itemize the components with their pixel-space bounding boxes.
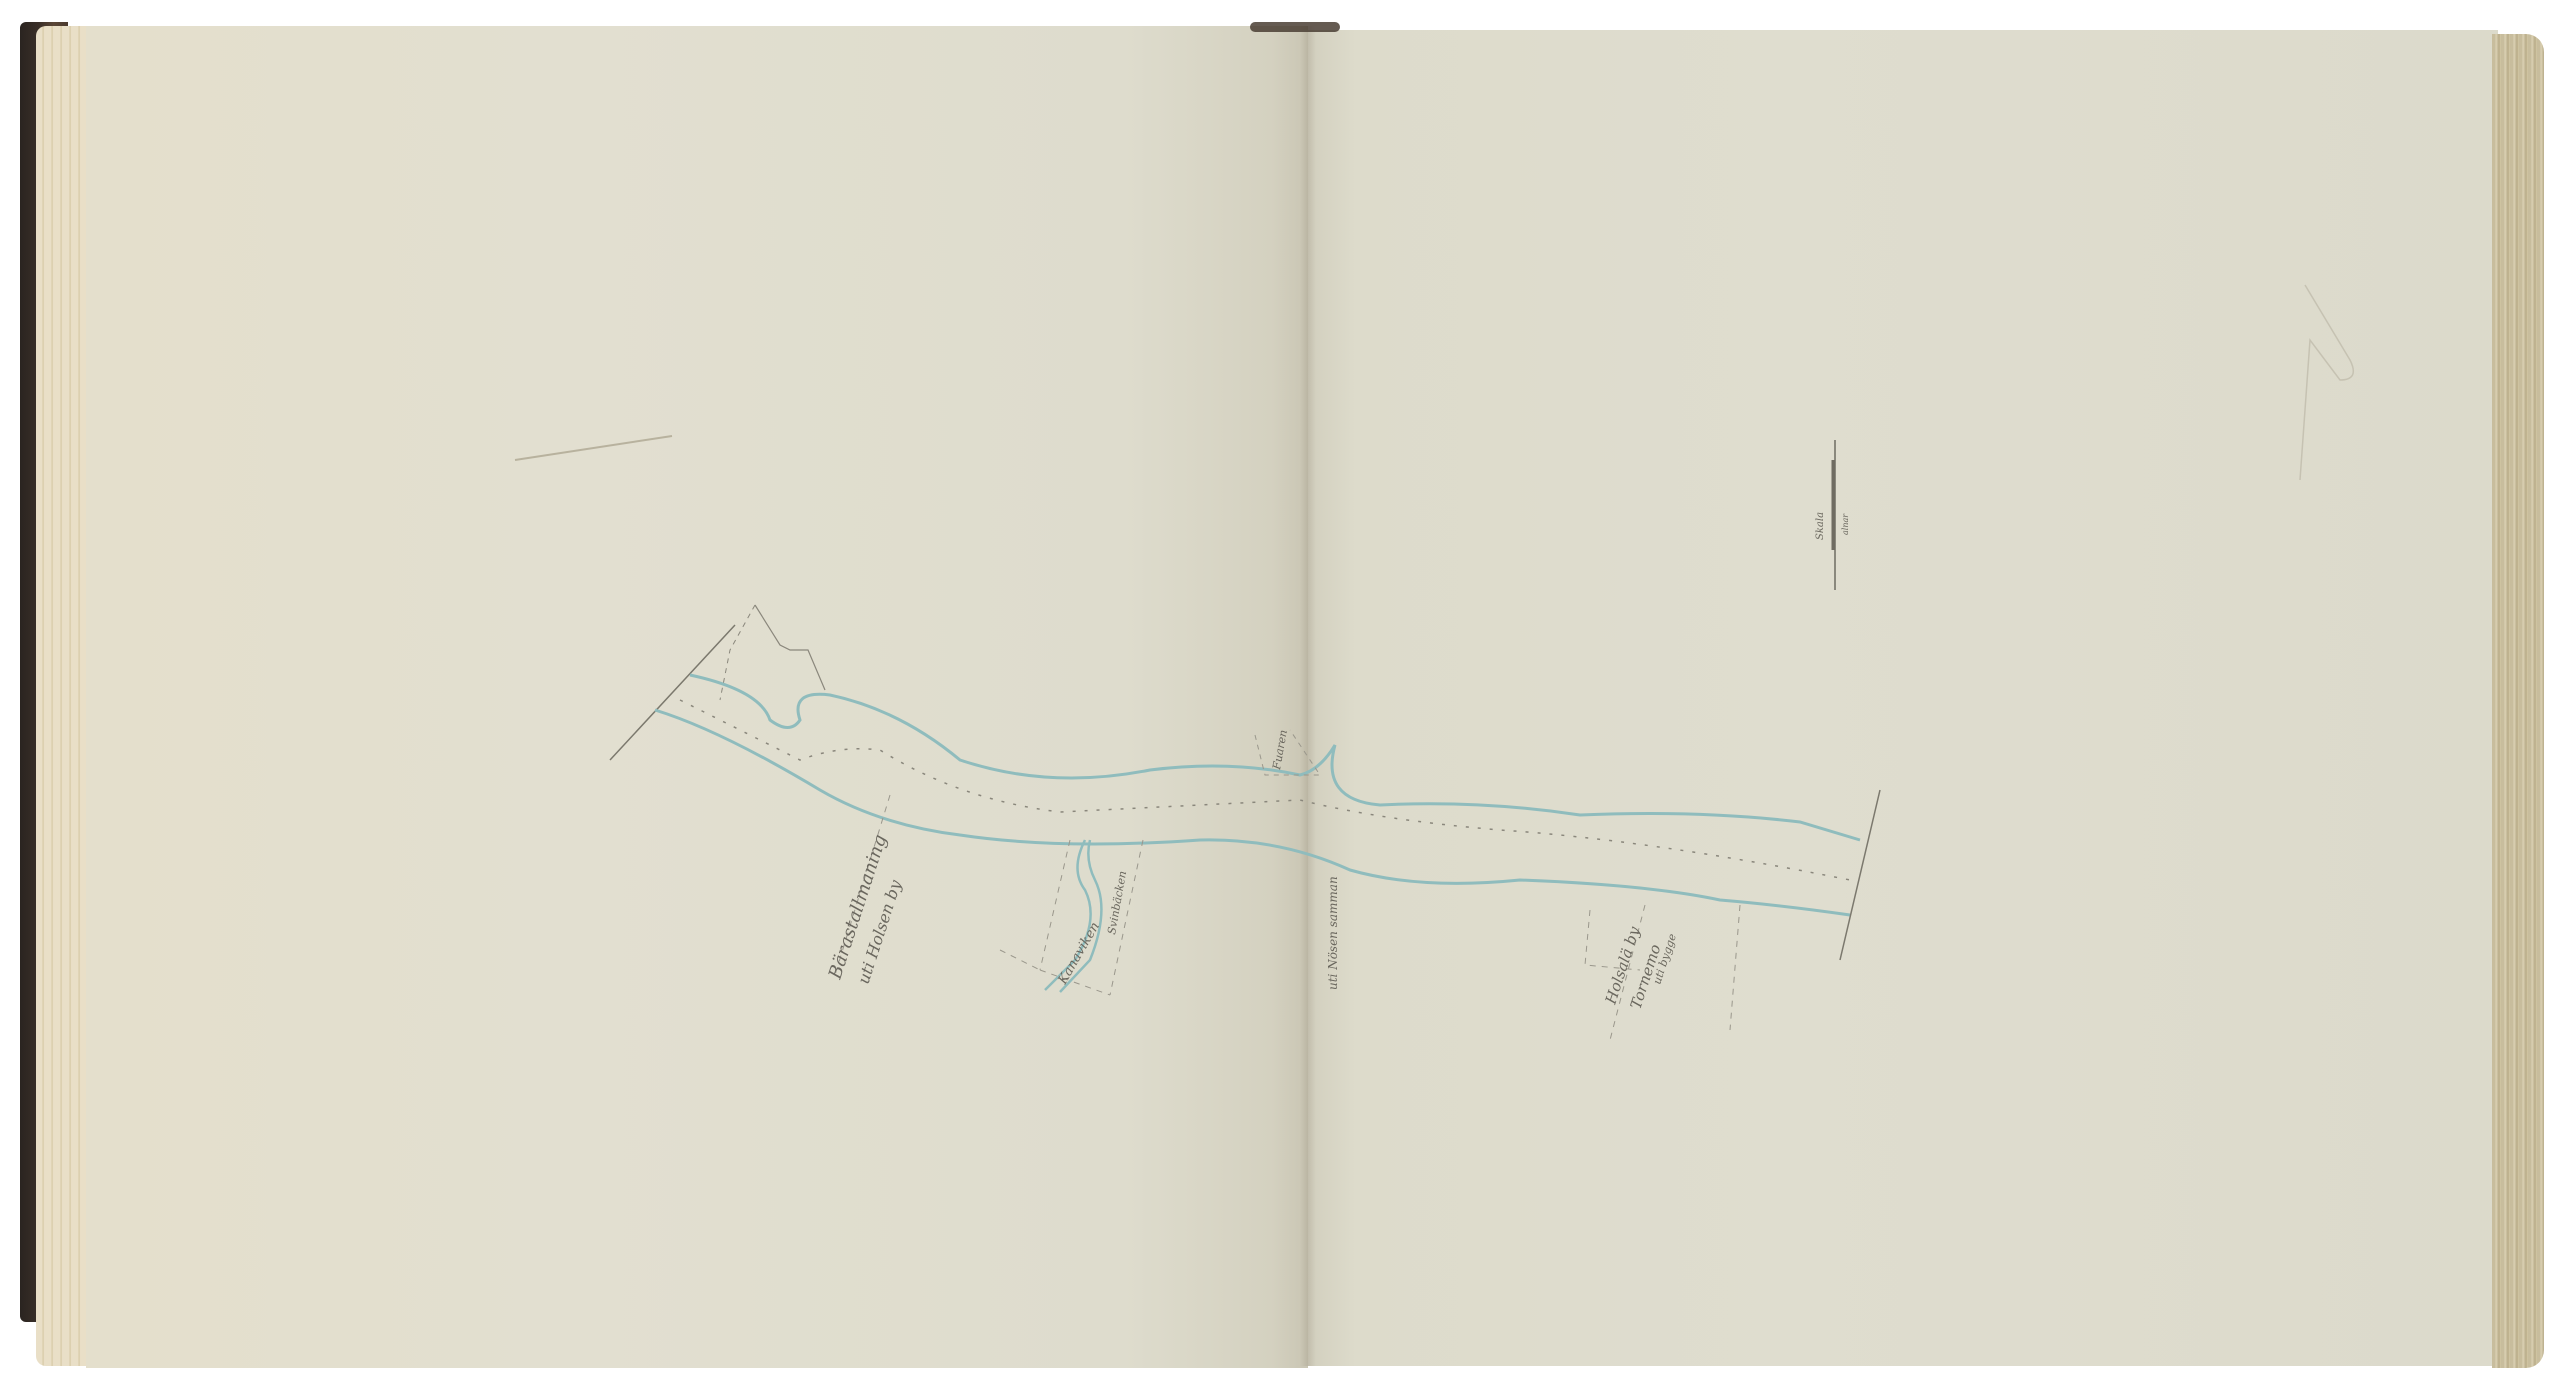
scale-title: Skala [1815, 512, 1826, 540]
property-line [1000, 950, 1040, 970]
plot-boundary [755, 605, 825, 690]
pencil-scribble [2300, 285, 2353, 480]
label-small-plot: Fuaren [1270, 729, 1290, 772]
boundary-line-right [1840, 790, 1880, 960]
scale-bar: Skala alnar [1815, 440, 1850, 590]
river-centerline [680, 700, 1850, 880]
scale-unit: alnar [1841, 513, 1850, 535]
label-center-property: uti Nösen samman [1326, 876, 1340, 990]
pencil-stroke [515, 436, 672, 460]
boundary-line-left [610, 625, 735, 760]
open-book: Bärastallmaning uti Holsen by Kanaviken … [0, 0, 2560, 1389]
label-tributary-side: Svinbäcken [1105, 870, 1129, 936]
label-tributary: Kanaviken [1055, 920, 1103, 988]
survey-map: Bärastallmaning uti Holsen by Kanaviken … [0, 0, 2560, 1389]
